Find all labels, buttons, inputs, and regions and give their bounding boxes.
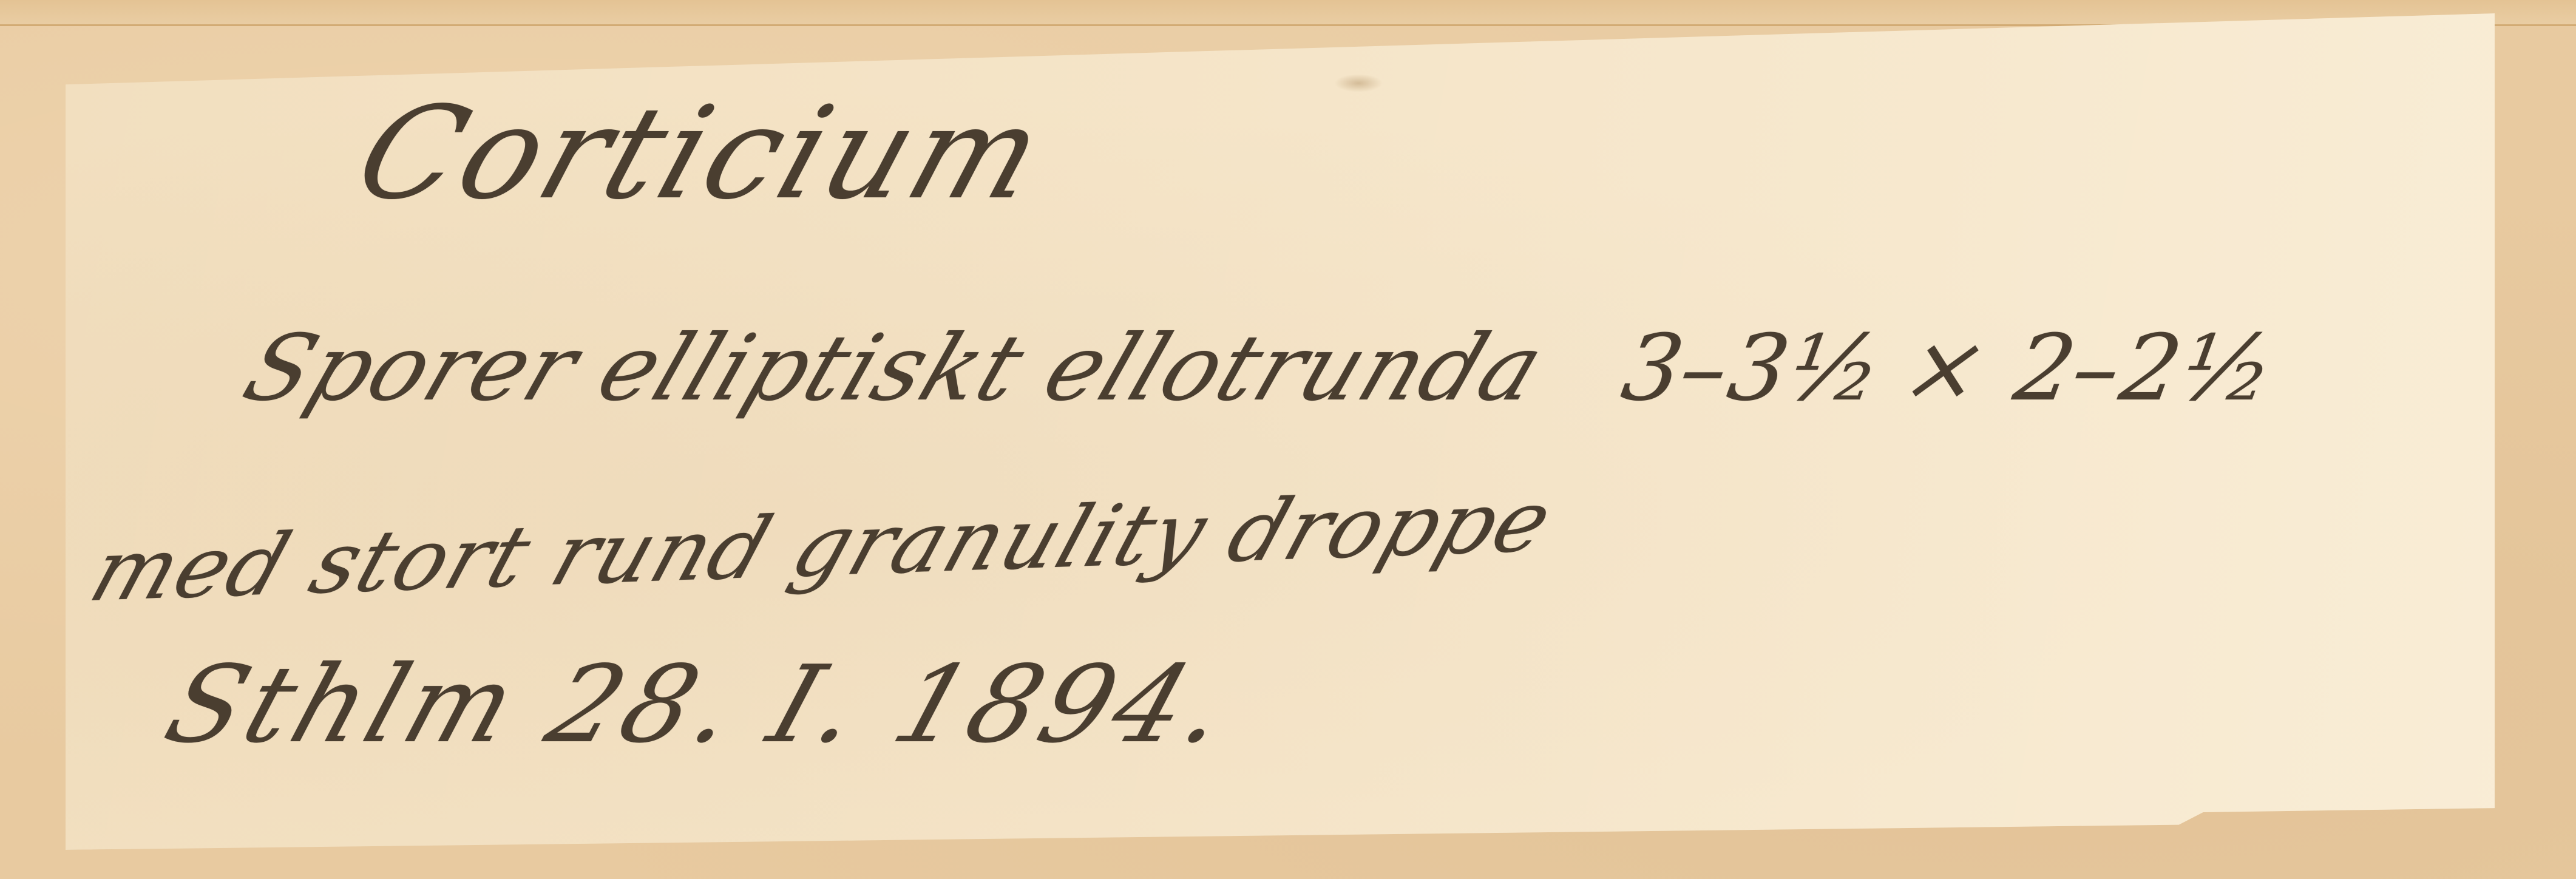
- herbarium-sheet-fold: [0, 0, 2576, 26]
- spore-description: Sporer elliptiskt ellotrunda 3–3½ × 2–2½: [231, 316, 2290, 421]
- spore-measurement: 3–3½ × 2–2½: [1604, 316, 2290, 421]
- place-and-date: Sthlm 28. I. 1894.: [152, 643, 1248, 767]
- spore-description-text: Sporer elliptiskt ellotrunda: [231, 316, 1558, 421]
- ink-stain: [1334, 74, 1383, 92]
- taxon-name: Corticium: [340, 79, 1063, 228]
